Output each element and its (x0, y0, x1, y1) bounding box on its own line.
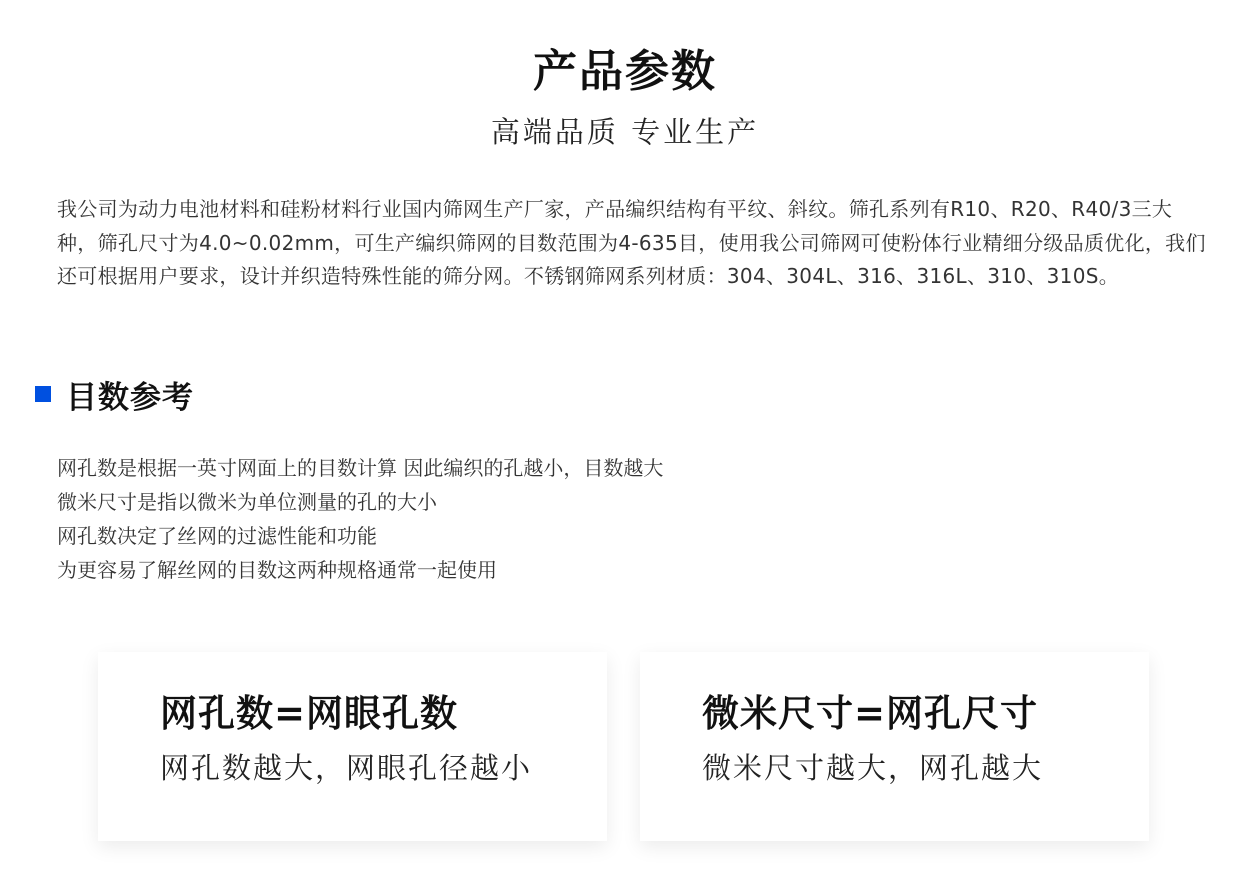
page-subtitle: 高端品质 专业生产 (0, 112, 1250, 152)
section-header: 目数参考 (35, 372, 194, 416)
section-title: 目数参考 (66, 372, 194, 417)
card-title: 微米尺寸=网孔尺寸 (702, 690, 1038, 738)
note-item: 网孔数是根据一英寸网面上的目数计算 因此编织的孔越小，目数越大 (57, 451, 663, 485)
note-item: 网孔数决定了丝网的过滤性能和功能 (57, 519, 663, 553)
card-text: 微米尺寸越大，网孔越大 (702, 748, 1043, 788)
intro-paragraph: 我公司为动力电池材料和硅粉材料行业国内筛网生产厂家，产品编织结构有平纹、斜纹。筛… (57, 193, 1207, 294)
note-item: 为更容易了解丝网的目数这两种规格通常一起使用 (57, 553, 663, 587)
page-title: 产品参数 (0, 44, 1250, 100)
notes-list: 网孔数是根据一英寸网面上的目数计算 因此编织的孔越小，目数越大 微米尺寸是指以微… (57, 451, 663, 587)
card-text: 网孔数越大，网眼孔径越小 (160, 748, 532, 788)
square-marker-icon (35, 386, 51, 402)
card-title: 网孔数=网眼孔数 (160, 690, 458, 738)
info-card-micron-size: 微米尺寸=网孔尺寸 微米尺寸越大，网孔越大 (640, 652, 1149, 841)
note-item: 微米尺寸是指以微米为单位测量的孔的大小 (57, 485, 663, 519)
info-card-mesh-count: 网孔数=网眼孔数 网孔数越大，网眼孔径越小 (98, 652, 607, 841)
